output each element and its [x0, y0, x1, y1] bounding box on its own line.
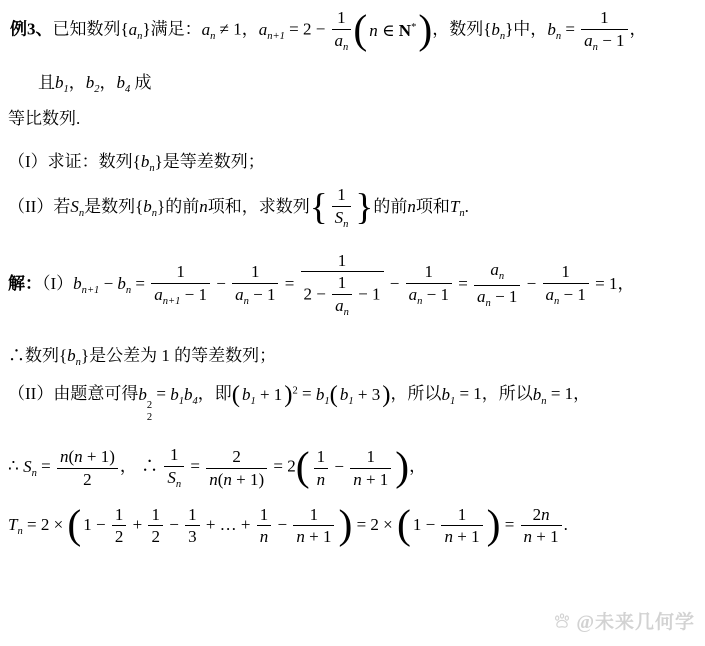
math-vs: an [335, 296, 349, 315]
math-t: 1 [367, 447, 376, 466]
math-t: = [131, 274, 149, 293]
math-vs: b1 [441, 385, 455, 404]
math-f: 1an − 1 [543, 262, 589, 308]
math-t: = 1， [547, 385, 591, 404]
math-b: 解： [8, 274, 42, 293]
math-vs: an [477, 287, 491, 306]
math-vs: Tn [450, 197, 465, 216]
math-t: − 1 [422, 285, 449, 304]
math-f: 1n [257, 505, 272, 547]
math-vs: b1 [242, 385, 256, 404]
math-vs: an [335, 31, 349, 50]
math-vs: Tn [8, 515, 23, 534]
math-vs: b4 [117, 73, 131, 92]
math-t: 1 [337, 185, 346, 204]
math-t: = 2 [269, 457, 296, 476]
math-t: 1 [260, 505, 269, 524]
math-v: n [317, 470, 326, 489]
math-vs: an+1 [259, 20, 285, 39]
math-t: 项和，求数列 [208, 197, 310, 216]
math-t: − 1 [249, 285, 276, 304]
math-vs: bn [67, 346, 81, 365]
math-t: − 1 [598, 31, 625, 50]
math-v: n [296, 527, 305, 546]
solution-part2-sn-formula: ∴ Sn = n(n + 1)2， ∴ 1Sn = 2n(n + 1) = 2(… [0, 445, 705, 491]
math-v: n [524, 527, 533, 546]
math-vs: an [409, 285, 423, 304]
math-f: 13 [185, 505, 200, 547]
math-t: − [212, 274, 230, 293]
math-t: （II）由题意可得 [8, 385, 138, 404]
math-t: = [500, 515, 518, 534]
math-vs: bn [547, 20, 561, 39]
math-t: − [99, 274, 117, 293]
math-t: ，所以 [390, 385, 441, 404]
math-v: n [74, 447, 83, 466]
math-f: 1Sn [332, 185, 352, 231]
math-t: }满足： [142, 20, 201, 39]
math-t: 的前 [373, 197, 407, 216]
math-vs: Sn [335, 208, 349, 227]
math-b: 例3、 [10, 20, 53, 39]
math-p: (b1 + 1) [232, 383, 293, 408]
math-t: }的前 [157, 197, 199, 216]
math-t: 是数列{ [84, 197, 143, 216]
math-t: 2 [115, 527, 124, 546]
math-vs: bn [533, 385, 547, 404]
solution-part2-tn-formula: Tn = 2 × (1 − 12 + 12 − 13 + … + 1n − 1n… [0, 505, 705, 547]
math-t: 1 [176, 262, 185, 281]
math-vs: an [490, 260, 504, 279]
math-t: 3 [188, 527, 197, 546]
math-t: = [37, 457, 55, 476]
math-vs: an [584, 31, 598, 50]
math-t: 1 [425, 262, 434, 281]
math-vs: bn [143, 197, 157, 216]
math-v: n [369, 21, 378, 40]
math-t: = 2 × [352, 515, 397, 534]
math-t: 1 [338, 273, 347, 292]
math-t: 等比数列. [8, 109, 80, 128]
math-t: + … + [202, 515, 255, 534]
math-t: 1 [170, 445, 179, 464]
math-f: anan − 1 [474, 260, 520, 309]
math-f: 1an [332, 273, 352, 319]
math-f: 1n [314, 447, 329, 489]
math-f: 1an [332, 8, 352, 54]
math-f: 2n(n + 1) [206, 447, 267, 489]
math-vs: b4 [184, 385, 198, 404]
math-t: − 1 [491, 287, 518, 306]
math-v: n [541, 505, 550, 524]
math-t: 2 [232, 447, 241, 466]
math-vs: b1 [316, 385, 330, 404]
math-t: 1 [115, 505, 124, 524]
math-vs: b1 [55, 73, 69, 92]
math-v: n [444, 527, 453, 546]
math-t: 1 [317, 447, 326, 466]
math-t: ，即 [198, 385, 232, 404]
math-f: 1an − 1 [406, 262, 452, 308]
math-t: ∴ [8, 457, 23, 476]
math-v: n [199, 197, 208, 216]
math-t: . [465, 197, 469, 216]
math-t: = [561, 20, 579, 39]
math-vs: an [202, 20, 216, 39]
math-t: 1 [310, 505, 319, 524]
math-t: − [386, 274, 404, 293]
math-t: 1 [151, 505, 160, 524]
math-t: ∴数列{ [8, 346, 67, 365]
math-p: (b1 + 3) [330, 383, 391, 408]
math-t: − 1 [180, 285, 207, 304]
math-f: 12 [112, 505, 127, 547]
problem-statement-line-3: 等比数列. [0, 108, 705, 129]
math-v: n [260, 527, 269, 546]
watermark-text: @未来几何学 [576, 607, 695, 634]
math-vs: bn [141, 152, 155, 171]
math-t: （I）求证：数列{ [8, 152, 141, 171]
math-t: = 1， [591, 274, 635, 293]
math-vs: an [129, 20, 143, 39]
math-t: }是等差数列； [155, 152, 265, 171]
math-b: N [399, 21, 411, 40]
math-t: − 1 [559, 285, 586, 304]
math-vs: Sn [167, 468, 181, 487]
watermark: @未来几何学 [552, 607, 695, 634]
math-t: 2 [83, 470, 92, 489]
part2-question: （II）若Sn是数列{bn}的前n项和，求数列{1Sn}的前n项和Tn. [0, 185, 705, 231]
math-v: n [353, 470, 362, 489]
math-t: 2 [151, 527, 160, 546]
math-f: 1an − 1 [232, 262, 278, 308]
math-f: 12 − 1an − 1 [301, 251, 384, 319]
math-vs: an [546, 285, 560, 304]
math-t: ≠ 1， [215, 20, 258, 39]
math-sup: * [411, 22, 416, 33]
math-p: (1n − 1n + 1) [296, 447, 409, 489]
math-f: n(n + 1)2 [57, 447, 118, 489]
math-t: 2 − [304, 285, 331, 304]
math-t: 1 [561, 262, 570, 281]
math-f: 1an − 1 [581, 8, 627, 54]
math-t: + 1 [362, 470, 389, 489]
math-t: − [330, 457, 348, 476]
math-p: (1 − 1n + 1) [397, 505, 500, 547]
math-t: = 2 − [285, 20, 330, 39]
math-t: = [454, 274, 472, 293]
watermark-paw-icon [552, 611, 572, 631]
math-t: ， [630, 20, 647, 39]
math-document: 例3、已知数列{an}满足：an ≠ 1，an+1 = 2 − 1an(n ∈ … [0, 0, 705, 646]
solution-part2-b-values: （II）由题意可得b22 = b1b4，即(b1 + 1)2 = b1(b1 +… [0, 383, 705, 423]
math-f: 1n + 1 [350, 447, 391, 489]
math-v: n [223, 470, 232, 489]
math-t: − 1 [354, 285, 381, 304]
math-p: (1 − 12 + 12 − 13 + … + 1n − 1n + 1) [67, 505, 352, 547]
math-f: 2nn + 1 [521, 505, 562, 547]
math-t: 1 [337, 8, 346, 27]
math-t: + 1 [305, 527, 332, 546]
math-vs: an+1 [154, 285, 180, 304]
math-t: = [186, 457, 204, 476]
math-t: 2 [533, 505, 542, 524]
part1-question: （I）求证：数列{bn}是等差数列； [0, 151, 705, 175]
math-t: = 1，所以 [455, 385, 533, 404]
math-v: n [407, 197, 416, 216]
math-vs: Sn [23, 457, 37, 476]
math-t: = 2 × [23, 515, 68, 534]
math-t: 1 [338, 251, 347, 270]
math-vs: b2 [86, 73, 100, 92]
math-t: 1 − [413, 515, 440, 534]
math-t: ， [409, 457, 426, 476]
math-t: ， [100, 73, 117, 92]
math-t: （II）若 [8, 197, 70, 216]
math-vs: bn [117, 274, 131, 293]
solution-part1-conclusion: ∴数列{bn}是公差为 1 的等差数列； [0, 345, 705, 369]
math-t: 且 [38, 73, 55, 92]
math-t: + 1) [232, 470, 264, 489]
math-f: 1n + 1 [441, 505, 482, 547]
math-t: 成 [130, 73, 151, 92]
math-t: + 3 [354, 385, 381, 404]
math-t: ， ∴ [120, 457, 163, 476]
math-t: = [280, 274, 298, 293]
math-t: + 1 [453, 527, 480, 546]
math-t: = [152, 385, 170, 404]
math-t: + 1 [532, 527, 559, 546]
math-t: ，数列{ [432, 20, 491, 39]
math-t: 1 [251, 262, 260, 281]
solution-part1-derivation: 解：（I）bn+1 − bn = 1an+1 − 1 − 1an − 1 = 1… [0, 251, 705, 319]
math-vs: b1 [170, 385, 184, 404]
math-f: 1Sn [164, 445, 184, 491]
math-t: − [273, 515, 291, 534]
math-t: + 1) [83, 447, 115, 466]
math-vss: b22 [138, 385, 152, 404]
math-t: 1 [458, 505, 467, 524]
math-t: }是公差为 1 的等差数列； [81, 346, 276, 365]
math-t: 已知数列{ [53, 20, 129, 39]
math-t: − [165, 515, 183, 534]
math-f: 1n + 1 [293, 505, 334, 547]
math-t: ， [69, 73, 86, 92]
math-br: {1Sn} [310, 185, 374, 231]
math-t: + 1 [256, 385, 283, 404]
math-t: 1 [600, 8, 609, 27]
math-t: （I） [42, 274, 73, 293]
problem-statement-line-1: 例3、已知数列{an}满足：an ≠ 1，an+1 = 2 − 1an(n ∈ … [0, 0, 705, 54]
math-t: = [298, 385, 316, 404]
math-vs: bn+1 [73, 274, 99, 293]
math-vs: bn [491, 20, 505, 39]
math-t: ∈ [378, 21, 399, 40]
math-f: 1an+1 − 1 [151, 262, 210, 308]
math-vs: an [235, 285, 249, 304]
math-t: + [128, 515, 146, 534]
math-f: 12 [148, 505, 163, 547]
math-p: (n ∈ N*) [353, 13, 432, 48]
math-t: 项和 [416, 197, 450, 216]
math-t: − [522, 274, 540, 293]
math-t: 1 − [83, 515, 110, 534]
math-vs: Sn [70, 197, 84, 216]
math-t: }中， [505, 20, 547, 39]
math-t: . [564, 515, 568, 534]
math-t: 1 [188, 505, 197, 524]
math-v: n [209, 470, 218, 489]
math-vs: b1 [340, 385, 354, 404]
problem-statement-line-2: 且b1，b2，b4 成 [0, 72, 705, 96]
